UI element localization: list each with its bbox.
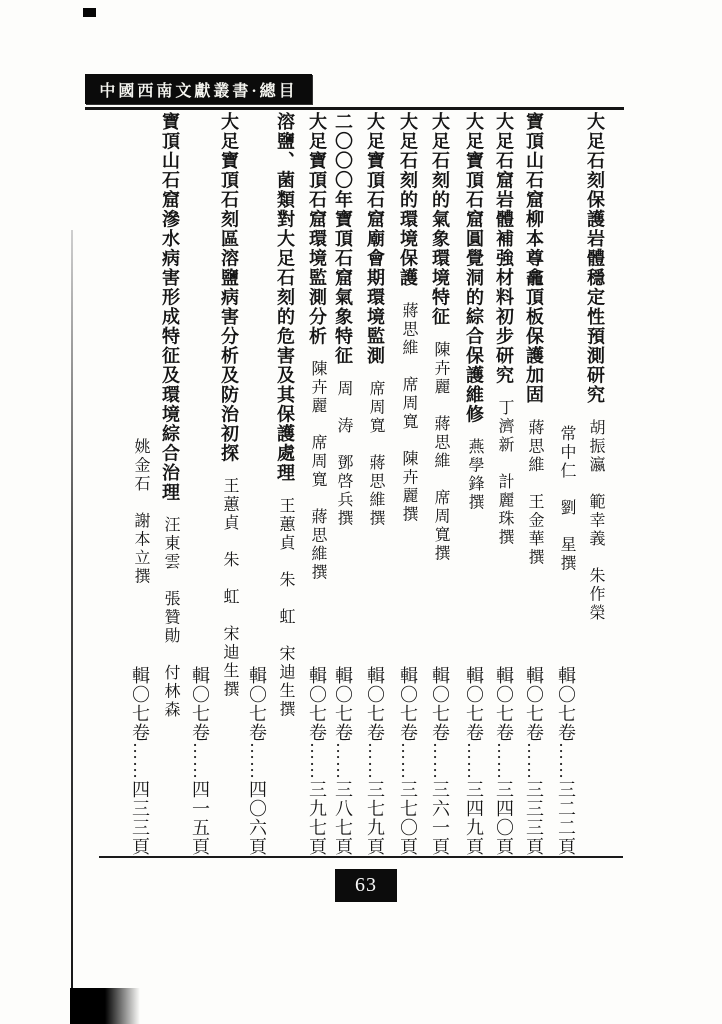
series-title: 中國西南文獻叢書·總目 xyxy=(99,78,297,101)
entry-page-ref: 輯〇七卷……三九七頁 xyxy=(302,666,332,856)
toc-entry-line: 常中仁 劉 星撰 輯〇七卷……三二二頁 xyxy=(551,112,581,856)
toc-entry-line: 寶頂山石窟滲水病害形成特征及環境綜合治理汪東雲 張贊勛 付林森 xyxy=(155,112,185,856)
entry-page-ref: 輯〇七卷……三七〇頁 xyxy=(393,666,423,856)
entry-authors: 陳卉麗 蔣思維 席周寬撰 xyxy=(432,327,449,563)
entry-title: 大足寶頂石刻區溶鹽病害分析及防治初探 xyxy=(219,112,239,463)
scan-artifact-left-edge xyxy=(71,230,73,1024)
header-rule xyxy=(85,107,624,110)
entry-title: 溶鹽、菌類對大足石刻的危害及其保護處理 xyxy=(275,112,295,483)
page-number: 63 xyxy=(355,874,377,897)
entry-authors: 胡振瀛 範幸義 朱作榮 xyxy=(587,405,604,623)
toc-entry-line: 大足寶頂石窟圓覺洞的綜合保護維修燕學鋒撰 輯〇七卷……三四九頁 xyxy=(459,112,489,856)
entry-page-ref: 輯〇七卷……三四九頁 xyxy=(459,666,489,856)
toc-entry-line: 溶鹽、菌類對大足石刻的危害及其保護處理王蕙貞 朱 虹 宋迪生撰 xyxy=(270,112,300,856)
entry-authors: 蔣思維 王金華撰 xyxy=(526,405,543,567)
entry-authors: 陳卉麗 席周寬 蔣思維撰 xyxy=(309,346,326,582)
table-of-contents: 大足石刻保護岩體穩定性預測研究胡振瀛 範幸義 朱作榮 常中仁 劉 星撰 輯〇七卷… xyxy=(85,112,625,856)
entry-title: 寶頂山石窟滲水病害形成特征及環境綜合治理 xyxy=(160,112,180,502)
entry-title: 大足石窟岩體補強材料初步研究 xyxy=(494,112,514,385)
entry-page-ref: 輯〇七卷……三四〇頁 xyxy=(489,666,519,856)
entry-page-ref: 輯〇七卷……四〇六頁 xyxy=(242,666,272,856)
toc-entry-line: 大足石刻的環境保護蔣思維 席周寬 陳卉麗撰 輯〇七卷……三七〇頁 xyxy=(393,112,423,856)
toc-entry-line: 輯〇七卷……四〇六頁 xyxy=(242,112,272,856)
entry-authors: 王蕙貞 朱 虹 宋迪生撰 xyxy=(277,483,294,719)
page-number-box: 63 xyxy=(335,869,397,902)
entry-page-ref: 輯〇七卷……四一五頁 xyxy=(185,666,215,856)
entry-title: 大足石刻的氣象環境特征 xyxy=(430,112,450,327)
entry-authors: 汪東雲 張贊勛 付林森 xyxy=(162,502,179,720)
entry-page-ref: 輯〇七卷……三七九頁 xyxy=(360,666,390,856)
entry-authors: 丁濟新 計麗珠撰 xyxy=(496,385,513,547)
entry-page-ref: 輯〇七卷……三三三頁 xyxy=(519,666,549,856)
entry-authors: 王蕙貞 朱 虹 宋迪生撰 xyxy=(221,463,238,699)
entry-authors-continued: 姚金石 謝本立撰 xyxy=(125,438,155,586)
entry-title: 寶頂山石窟柳本尊龕頂板保護加固 xyxy=(524,112,544,405)
toc-entry-line: 輯〇七卷……四一五頁 xyxy=(185,112,215,856)
entry-page-ref: 輯〇七卷……三八七頁 xyxy=(328,666,358,856)
entry-authors: 席周寬 蔣思維撰 xyxy=(367,366,384,528)
entry-title: 大足石刻保護岩體穩定性預測研究 xyxy=(585,112,605,405)
entry-title: 二〇〇〇年寶頂石窟氣象特征 xyxy=(333,112,353,366)
scan-artifact-smudge xyxy=(70,988,140,1024)
running-header: 中國西南文獻叢書·總目 xyxy=(85,74,312,104)
entry-title: 大足石刻的環境保護 xyxy=(398,112,418,288)
toc-entry-line: 大足寶頂石刻區溶鹽病害分析及防治初探王蕙貞 朱 虹 宋迪生撰 xyxy=(214,112,244,856)
entry-authors: 燕學鋒撰 xyxy=(466,424,483,512)
toc-entry-line: 大足寶頂石窟環境監測分析陳卉麗 席周寬 蔣思維撰 輯〇七卷……三九七頁 xyxy=(302,112,332,856)
entry-page-ref: 輯〇七卷……三二二頁 xyxy=(551,666,581,856)
scanned-book-page: 中國西南文獻叢書·總目 大足石刻保護岩體穩定性預測研究胡振瀛 範幸義 朱作榮 常… xyxy=(0,0,722,1024)
entry-title: 大足寶頂石窟環境監測分析 xyxy=(307,112,327,346)
toc-entry-line: 寶頂山石窟柳本尊龕頂板保護加固蔣思維 王金華撰 輯〇七卷……三三三頁 xyxy=(519,112,549,856)
toc-entry-line: 大足石刻的氣象環境特征陳卉麗 蔣思維 席周寬撰 輯〇七卷……三六一頁 xyxy=(425,112,455,856)
toc-entry-line: 姚金石 謝本立撰 輯〇七卷……四三三頁 xyxy=(125,112,155,856)
entry-authors-continued: 常中仁 劉 星撰 xyxy=(551,425,581,573)
entry-authors: 周 涛 鄧啓兵撰 xyxy=(335,366,352,528)
scan-artifact-speck xyxy=(83,8,96,17)
entry-title: 大足寶頂石窟廟會期環境監測 xyxy=(365,112,385,366)
entry-page-ref: 輯〇七卷……四三三頁 xyxy=(125,666,155,856)
toc-entry-line: 二〇〇〇年寶頂石窟氣象特征周 涛 鄧啓兵撰 輯〇七卷……三八七頁 xyxy=(328,112,358,856)
toc-entry-line: 大足石刻保護岩體穩定性預測研究胡振瀛 範幸義 朱作榮 xyxy=(580,112,610,856)
entry-title: 大足寶頂石窟圓覺洞的綜合保護維修 xyxy=(464,112,484,424)
entry-authors: 蔣思維 席周寬 陳卉麗撰 xyxy=(400,288,417,524)
footer-rule xyxy=(99,856,623,858)
entry-page-ref: 輯〇七卷……三六一頁 xyxy=(425,666,455,856)
toc-entry-line: 大足寶頂石窟廟會期環境監測席周寬 蔣思維撰 輯〇七卷……三七九頁 xyxy=(360,112,390,856)
toc-entry-line: 大足石窟岩體補強材料初步研究丁濟新 計麗珠撰 輯〇七卷……三四〇頁 xyxy=(489,112,519,856)
